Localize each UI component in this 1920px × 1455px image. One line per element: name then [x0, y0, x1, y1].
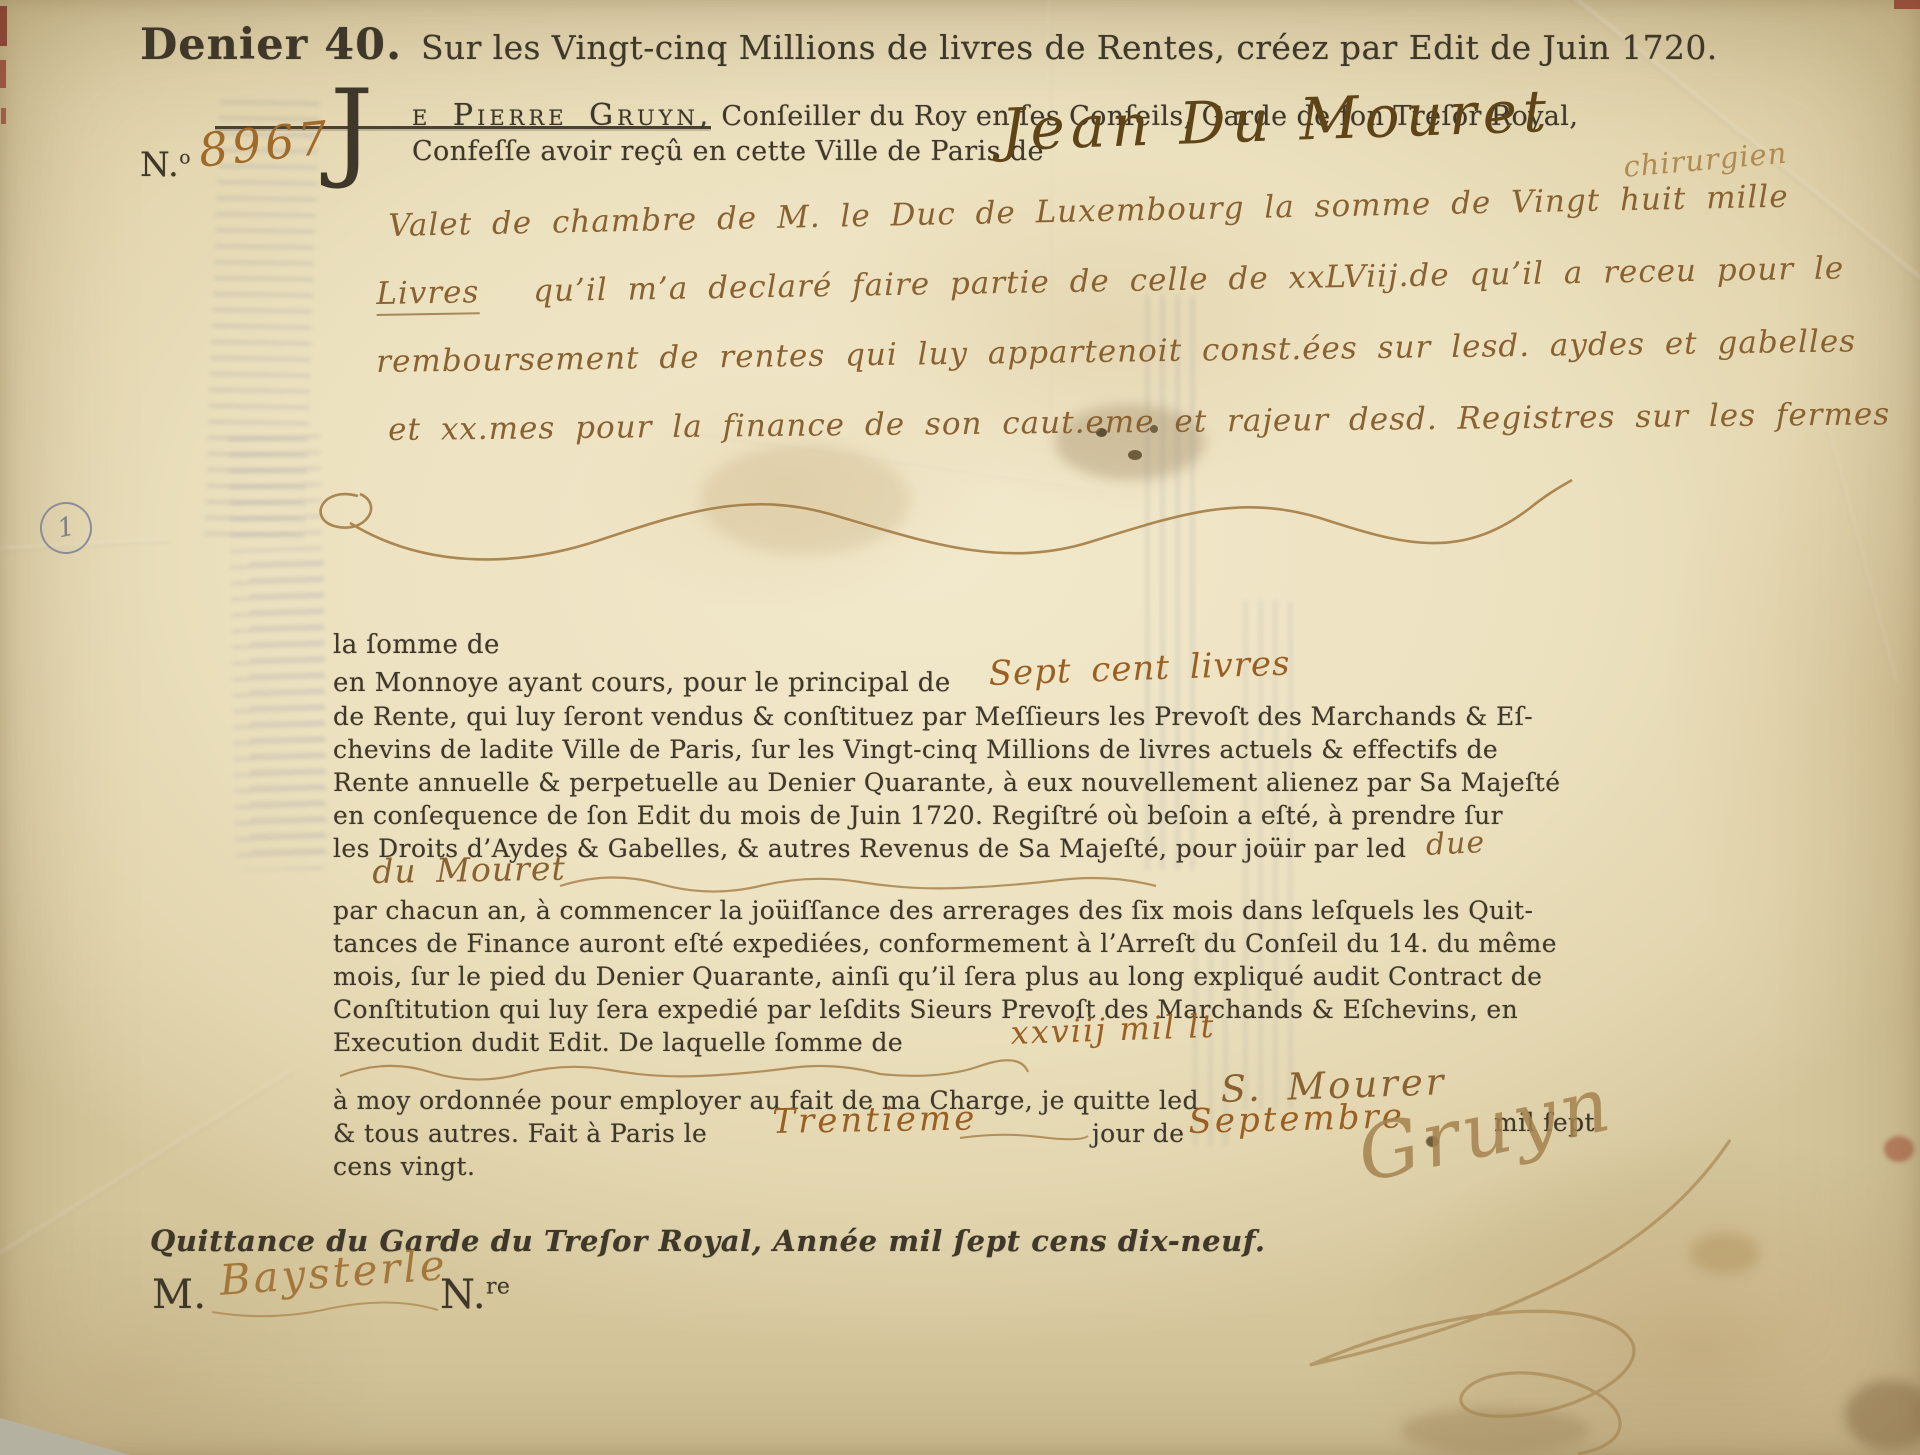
payer-qualifier: chirurgien — [1622, 136, 1789, 184]
crease-right-mid — [1826, 430, 1897, 682]
number-label-sup: o — [179, 148, 191, 169]
para1-line-3: Rente annuelle & perpetuelle au Denier Q… — [333, 768, 1560, 797]
document-header: Denier 40. Sur les Vingt-cinq Millions d… — [140, 20, 1718, 70]
rust-spot-right — [1884, 1136, 1914, 1162]
para2-line-2: tances de Finance auront eſté expediées,… — [333, 929, 1557, 958]
para2-line-3: mois, ſur le pied du Denier Quarante, ai… — [333, 962, 1542, 991]
edge-mark-left-top — [0, 6, 7, 46]
gruyn-paraph — [1170, 1120, 1770, 1455]
n-label-sup: re — [486, 1275, 510, 1300]
para3-line-3: cens vingt. — [333, 1152, 475, 1181]
ink-flourish-large — [300, 478, 1580, 588]
para3-hand-day: Trentieme — [772, 1098, 978, 1142]
manuscript-line-2: Livres qu’il m’a declaré faire partie de… — [376, 250, 1845, 312]
manuscript-line-1: Valet de chambre de M. le Duc de Luxembo… — [388, 179, 1789, 244]
parchment-document: Denier 40. Sur les Vingt-cinq Millions d… — [0, 0, 1920, 1455]
para2-hand-end: xxviij mil lt — [1010, 1007, 1216, 1052]
opening-line2: Confeſſe avoir reçû en cette Ville de Pa… — [412, 136, 1044, 167]
monnoye-line: en Monnoye ayant cours, pour le principa… — [333, 668, 951, 698]
corner-backing-bottom-left — [0, 1398, 130, 1455]
para2-line-4: Conſtitution qui luy ſera expedié par le… — [333, 995, 1518, 1024]
pencil-circled-number: 1 — [35, 497, 97, 559]
para1-hand-end: due — [1425, 825, 1486, 863]
para1-line-1: de Rente, qui luy ſeront vendus & conſti… — [333, 702, 1533, 731]
la-somme-line: la ſomme de — [333, 630, 500, 660]
manuscript-livres-word: Livres — [376, 274, 480, 316]
edge-mark-left-3 — [1, 108, 6, 124]
stain-bottom-3 — [1845, 1380, 1920, 1450]
header-title: Sur les Vingt-cinq Millions de livres de… — [421, 28, 1718, 67]
notary-flourish — [212, 1296, 442, 1326]
edge-mark-left-2 — [0, 60, 6, 88]
issuer-name: e Pierre Gruyn, — [412, 98, 712, 133]
manuscript-line-3: remboursement de rentes qui luy apparten… — [376, 323, 1856, 380]
para1-line-4: en conſequence de ſon Edit du mois de Ju… — [333, 801, 1503, 830]
para2-line-1: par chacun an, à commencer la joüiſſance… — [333, 896, 1533, 925]
para1-line-2: chevins de ladite Ville de Paris, ſur le… — [333, 735, 1498, 764]
payer-name: Jean Du Mouret — [1000, 77, 1553, 164]
edge-mark-top-right — [1894, 0, 1920, 9]
m-label: M. — [152, 1272, 206, 1318]
n-label: N.re — [440, 1272, 510, 1318]
pencil-scribble-left — [250, 555, 325, 855]
para1-hand-line: du Mouret — [372, 849, 566, 891]
ink-dash-after-day — [960, 1130, 1090, 1144]
para3-line-2a: & tous autres. Fait à Paris le — [333, 1119, 707, 1148]
para3-line-1: à moy ordonnée pour employer au fait de … — [333, 1086, 1199, 1115]
header-denier: Denier 40. — [140, 20, 402, 70]
dropcap-j: J — [330, 76, 373, 184]
number-label: N.o — [140, 145, 191, 185]
